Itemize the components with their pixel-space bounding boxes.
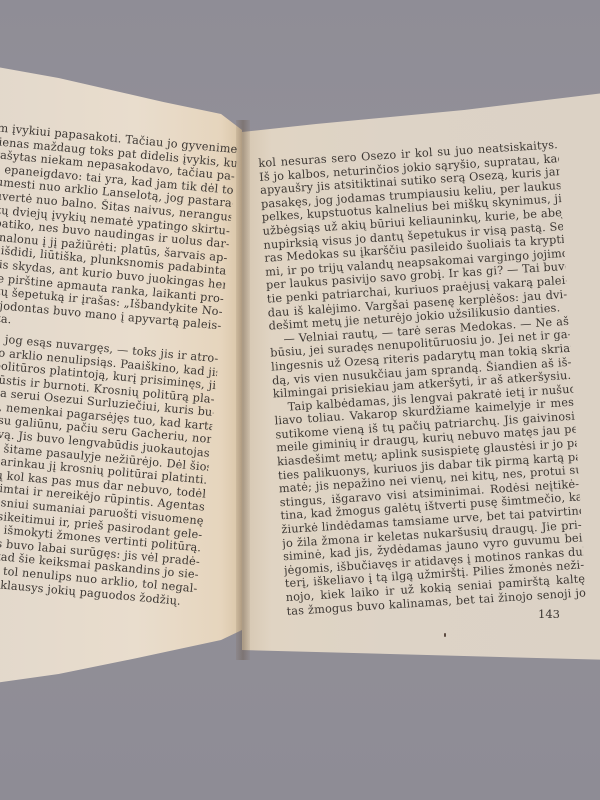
- book-gutter: [236, 120, 250, 660]
- page-number: 143: [538, 607, 560, 621]
- paper-speck: [444, 633, 446, 637]
- right-page-text: kol nesuras sero Osezo ir kol su juo nea…: [258, 138, 586, 618]
